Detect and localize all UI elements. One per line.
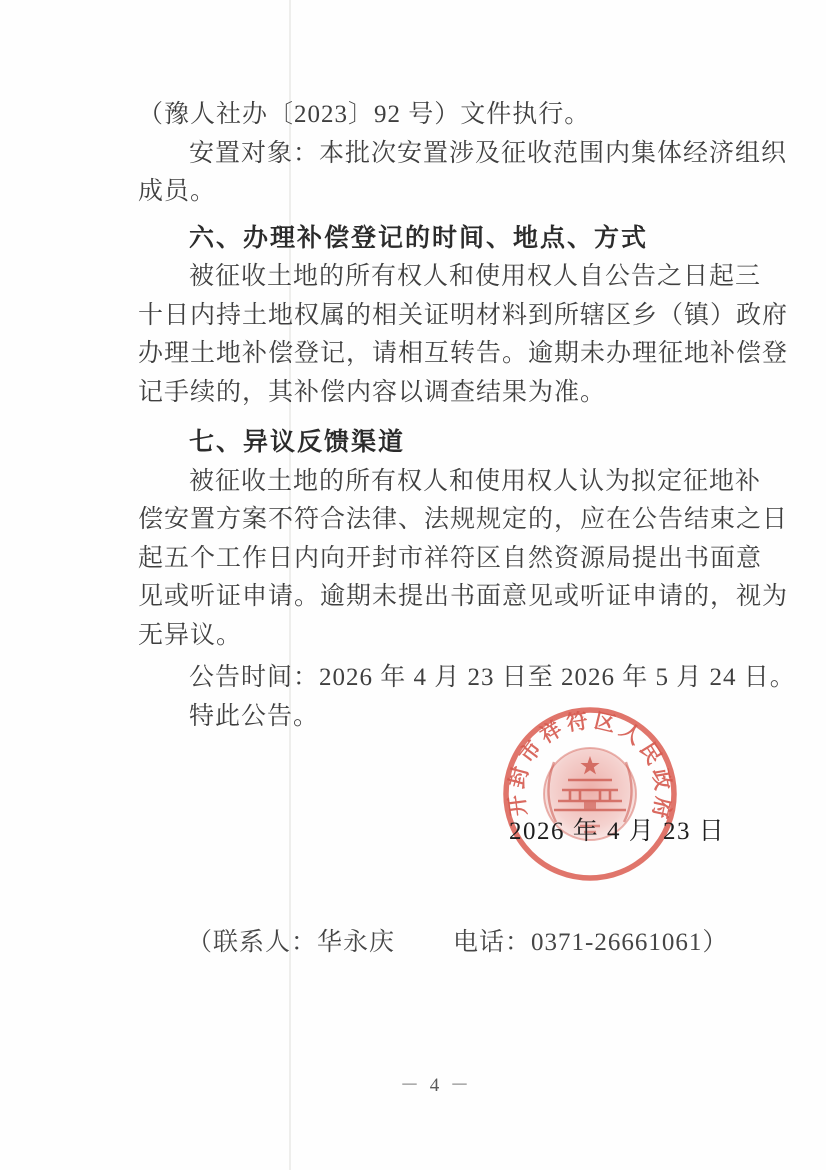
section-heading-seven: 七、异议反馈渠道 — [138, 424, 754, 463]
official-seal-graphic: 开封市祥符区人民政府 — [500, 704, 680, 884]
text-line: 无异议。 — [138, 617, 754, 656]
contact-phone: 电话：0371-26661061） — [453, 929, 728, 956]
text-line: 成员。 — [138, 173, 754, 212]
text-line: 记手续的，其补偿内容以调查结果为准。 — [138, 374, 754, 413]
text-line: 起五个工作日内向开封市祥符区自然资源局提出书面意 — [138, 540, 754, 579]
contact-person: （联系人：华永庆 — [187, 929, 395, 956]
text-line: 被征收土地的所有权人和使用权人自公告之日起三 — [138, 258, 754, 297]
notice-period-line: 公告时间：2026 年 4 月 23 日至 2026 年 5 月 24 日。 — [138, 659, 754, 698]
text-line: 被征收土地的所有权人和使用权人认为拟定征地补 — [138, 463, 754, 502]
text-line: 见或听证申请。逾期未提出书面意见或听证申请的，视为 — [138, 578, 754, 617]
text-line: （豫人社办〔2023〕92 号）文件执行。 — [138, 96, 754, 135]
section-heading-six: 六、办理补偿登记的时间、地点、方式 — [138, 220, 754, 259]
contact-line: （联系人：华永庆电话：0371-26661061） — [187, 922, 728, 958]
text-line: 安置对象：本批次安置涉及征收范围内集体经济组织 — [138, 135, 754, 174]
text-line: 办理土地补偿登记，请相互转告。逾期未办理征地补偿登 — [138, 335, 754, 374]
page-number: － 4 － — [376, 1070, 496, 1097]
scanned-document-page: （豫人社办〔2023〕92 号）文件执行。 安置对象：本批次安置涉及征收范围内集… — [0, 0, 826, 1170]
document-body: （豫人社办〔2023〕92 号）文件执行。 安置对象：本批次安置涉及征收范围内集… — [138, 96, 754, 736]
text-line: 十日内持土地权属的相关证明材料到所辖区乡（镇）政府 — [138, 297, 754, 336]
official-seal: 开封市祥符区人民政府 — [500, 704, 680, 884]
text-line: 偿安置方案不符合法律、法规规定的，应在公告结束之日 — [138, 501, 754, 540]
seal-date: 2026 年 4 月 23 日 — [509, 811, 725, 847]
